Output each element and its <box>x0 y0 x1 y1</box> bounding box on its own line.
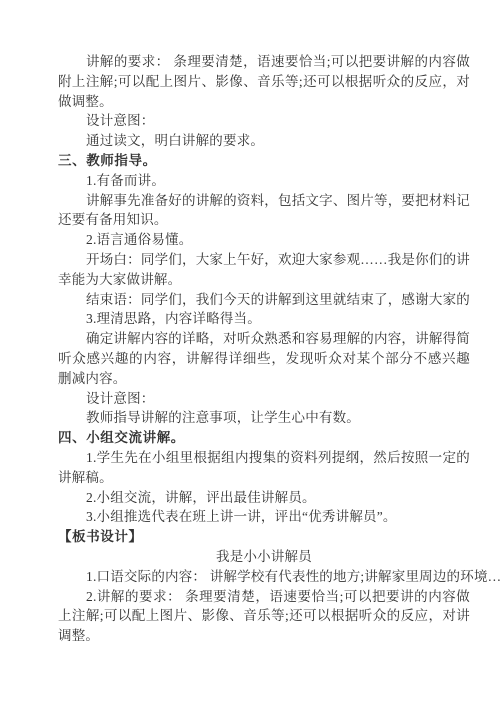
text-line: 还要有备用知识。 <box>58 210 470 230</box>
text-line: 做调整。 <box>58 92 470 112</box>
document-page: 讲解的要求： 条理要清楚，语速要恰当;可以把要讲解的内容做成小展板，附上注解;可… <box>0 0 500 707</box>
text-line: 删减内容。 <box>58 369 470 389</box>
text-line: 附上注解;可以配上图片、影像、音乐等;还可以根据听众的反应，对讲解的内容 <box>58 72 470 92</box>
text-line: 确定讲解内容的详略，对听众熟悉和容易理解的内容，讲解得简略一些;对 <box>58 329 470 349</box>
text-line: 调整。 <box>58 626 470 646</box>
text-line: 1.有备而讲。 <box>58 171 470 191</box>
text-line: 通过读文，明白讲解的要求。 <box>58 131 470 151</box>
text-line: 设计意图： <box>58 111 470 131</box>
text-line: 2.小组交流，讲解，评出最佳讲解员。 <box>58 488 470 508</box>
text-line: 幸能为大家做讲解。 <box>58 270 470 290</box>
text-line: 教师指导讲解的注意事项，让学生心中有数。 <box>58 408 470 428</box>
text-line: 2.语言通俗易懂。 <box>58 230 470 250</box>
text-line: 2.讲解的要求： 条理要清楚，语速要恰当;可以把要讲的内容做成小展板，附 <box>58 587 470 607</box>
text-line: 3.理清思路，内容详略得当。 <box>58 309 470 329</box>
text-line: 3.小组推选代表在班上讲一讲，评出“优秀讲解员”。 <box>58 507 470 527</box>
text-line: 听众感兴趣的内容，讲解得详细些，发现听众对某个部分不感兴趣时，可以适当 <box>58 349 470 369</box>
text-line: 设计意图： <box>58 389 470 409</box>
section-heading: 【板书设计】 <box>58 527 470 547</box>
text-line: 讲解稿。 <box>58 468 470 488</box>
text-line: 上注解;可以配上图片、影像、音乐等;还可以根据听众的反应，对讲解的内容做 <box>58 606 470 626</box>
section-heading: 三、教师指导。 <box>58 151 470 171</box>
document-body: 讲解的要求： 条理要清楚，语速要恰当;可以把要讲解的内容做成小展板，附上注解;可… <box>58 52 470 646</box>
board-title: 我是小小讲解员 <box>58 547 470 567</box>
section-heading: 四、小组交流讲解。 <box>58 428 470 448</box>
text-line: 开场白：同学们，大家上午好，欢迎大家参观……我是你们的讲解员，很荣 <box>58 250 470 270</box>
text-line: 1.口语交际的内容： 讲解学校有代表性的地方;讲解家里周边的环境…… <box>58 567 470 587</box>
text-line: 讲解的要求： 条理要清楚，语速要恰当;可以把要讲解的内容做成小展板， <box>58 52 470 72</box>
text-line: 结束语：同学们，我们今天的讲解到这里就结束了，感谢大家的细心听讲。 <box>58 290 470 310</box>
text-line: 1.学生先在小组里根据组内搜集的资料列提纲，然后按照一定的顺序整理成 <box>58 448 470 468</box>
text-line: 讲解事先准备好的讲解的资料，包括文字、图片等，要把材料记得滚瓜烂熟。 <box>58 191 470 211</box>
